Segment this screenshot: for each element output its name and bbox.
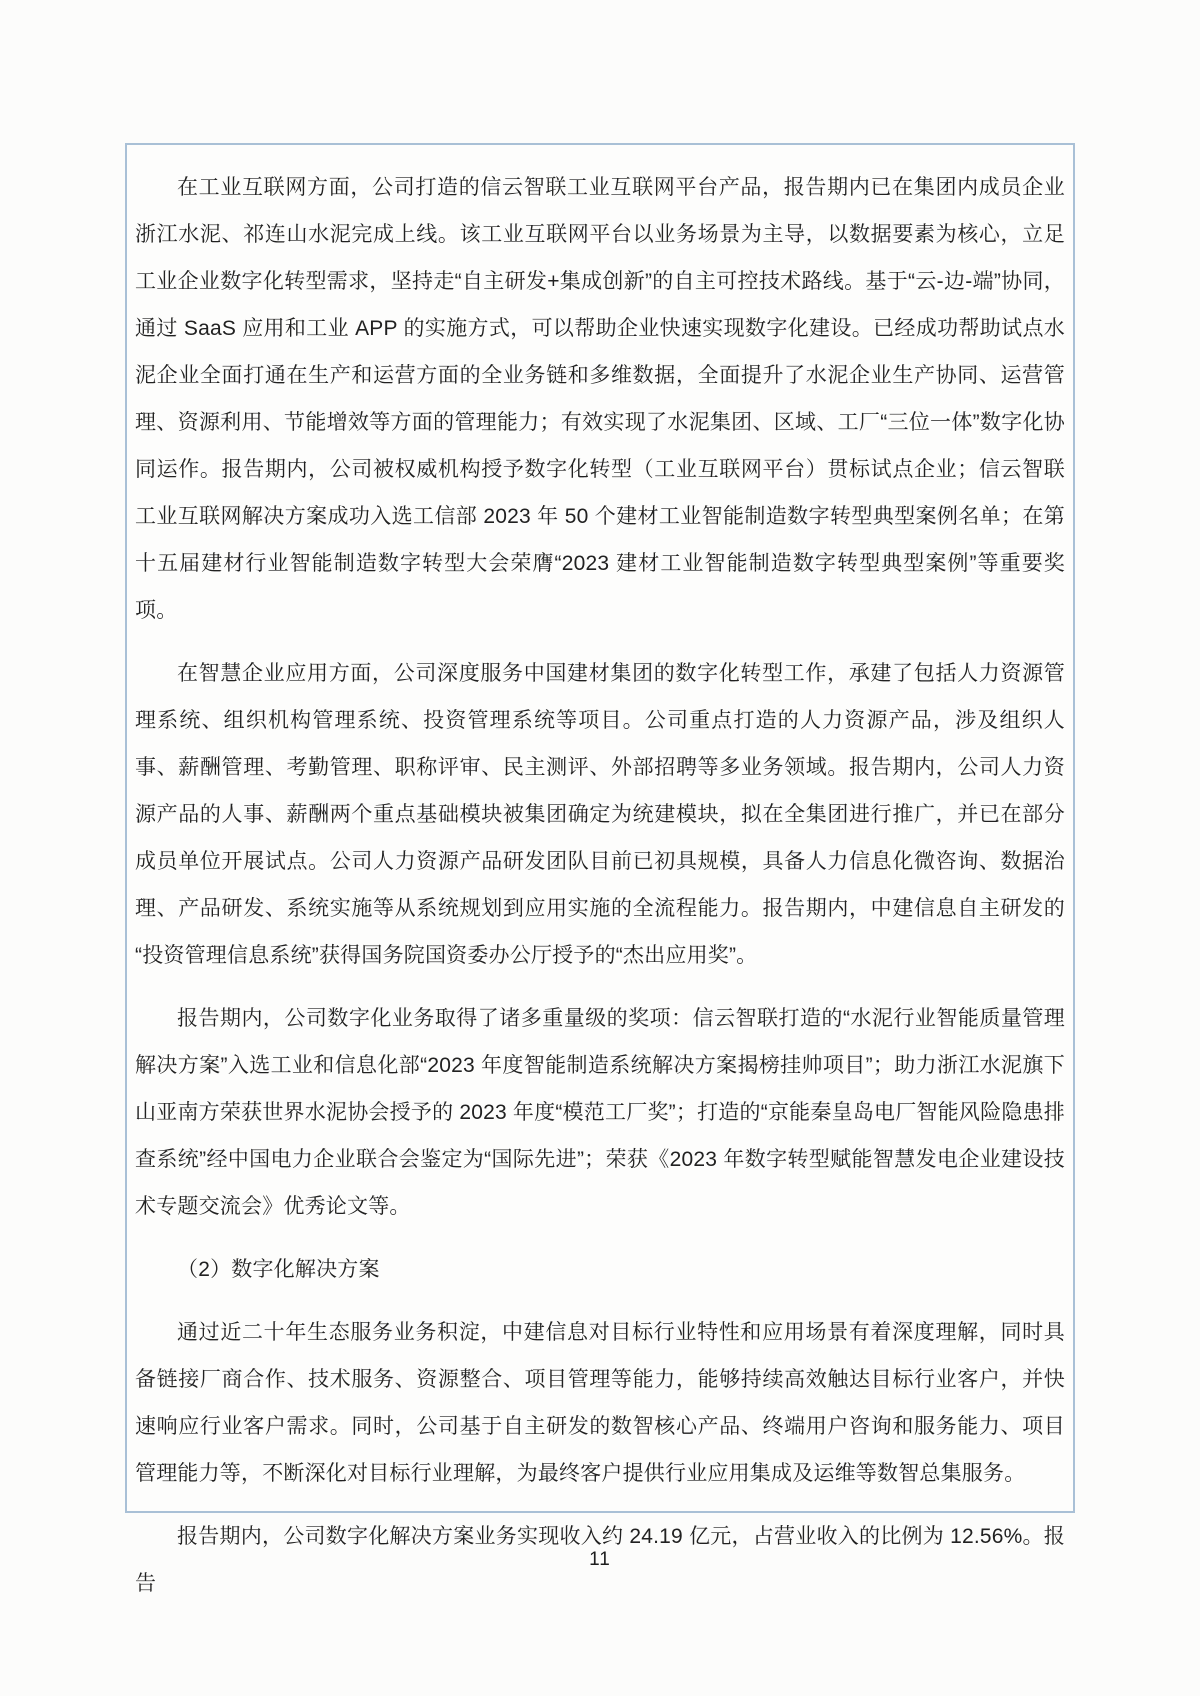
- paragraph-industrial-internet: 在工业互联网方面，公司打造的信云智联工业互联网平台产品，报告期内已在集团内成员企…: [135, 164, 1065, 634]
- paragraph-smart-enterprise: 在智慧企业应用方面，公司深度服务中国建材集团的数字化转型工作，承建了包括人力资源…: [135, 650, 1065, 979]
- page-number: 11: [0, 1549, 1200, 1571]
- document-page: 在工业互联网方面，公司打造的信云智联工业互联网平台产品，报告期内已在集团内成员企…: [0, 0, 1200, 1696]
- text-border-box: 在工业互联网方面，公司打造的信云智联工业互联网平台产品，报告期内已在集团内成员企…: [125, 143, 1075, 1513]
- paragraph-ecosystem-services: 通过近二十年生态服务业务积淀，中建信息对目标行业特性和应用场景有着深度理解，同时…: [135, 1309, 1065, 1497]
- paragraph-digital-business-awards: 报告期内，公司数字化业务取得了诸多重量级的奖项：信云智联打造的“水泥行业智能质量…: [135, 995, 1065, 1230]
- heading-digital-solutions: （2）数字化解决方案: [135, 1246, 1065, 1293]
